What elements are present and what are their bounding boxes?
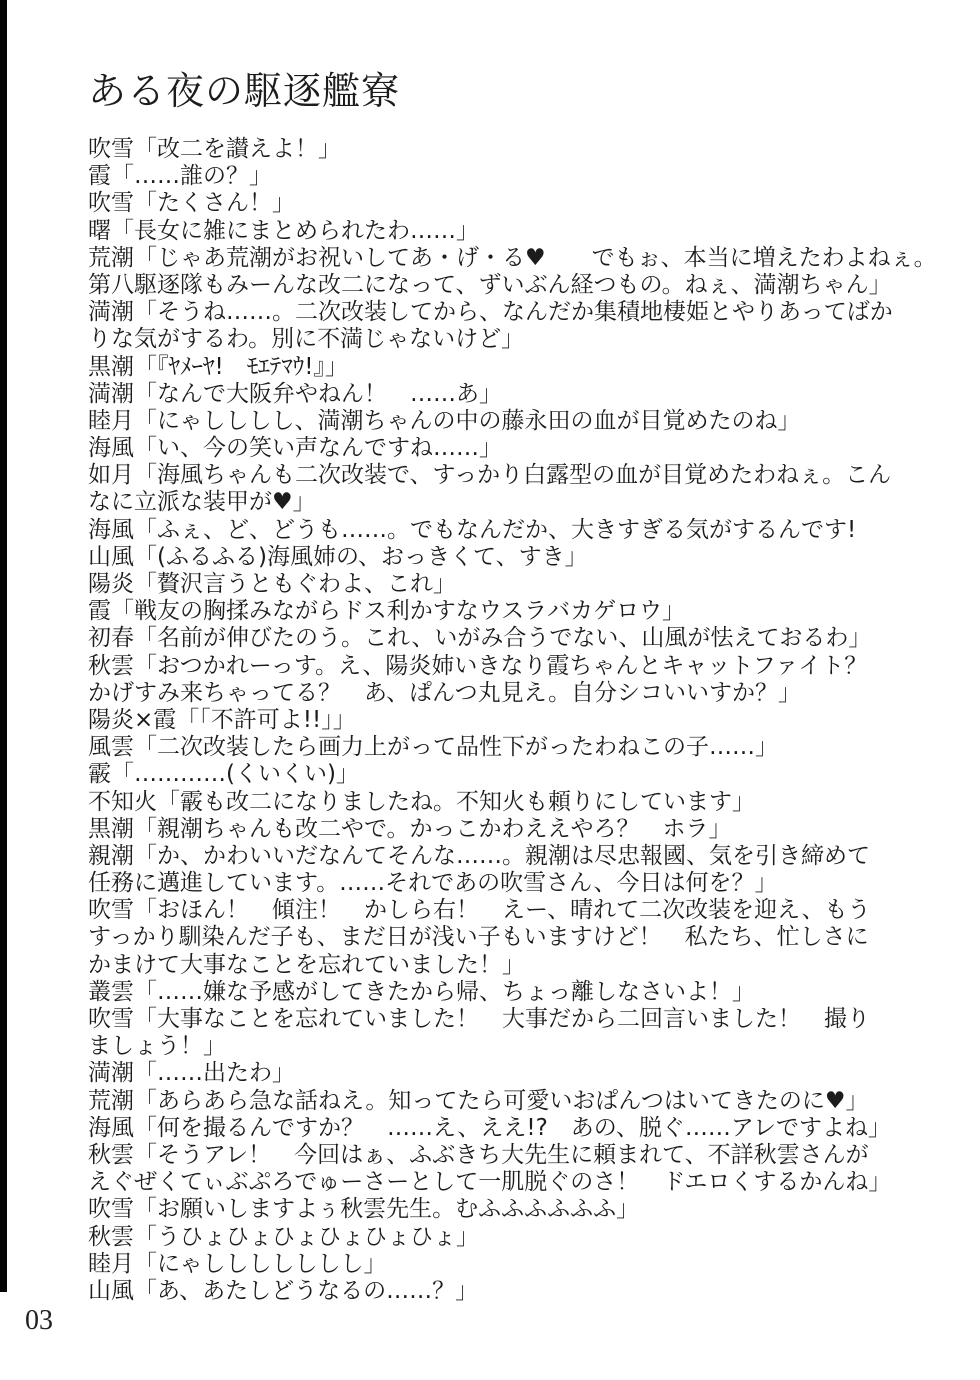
page-number: 03: [25, 1305, 53, 1337]
script-page: ある夜の駆逐艦寮 吹雪「改二を讃えよ！」霞「……誰の？」吹雪「たくさん！」曙「長…: [0, 0, 980, 1380]
dialogue-line: 吹雪「たくさん！」: [88, 190, 948, 217]
dialogue-line: 霞「……誰の？」: [88, 163, 948, 190]
dialogue-line: 秋雲「うひょひょひょひょひょひょ」: [88, 1224, 948, 1251]
dialogue-line: 不知火「霰も改二になりましたね。不知火も頼りにしています」: [88, 789, 948, 816]
dialogue-line: えぐぜくてぃぶぷろでゅーさーとして一肌脱ぐのさ！ ドエロくするかんね」: [88, 1169, 948, 1196]
dialogue-line: すっかり馴染んだ子も、まだ日が浅い子もいますけど！ 私たち、忙しさに: [88, 924, 948, 951]
dialogue-line: 陽炎「贅沢言うともぐわよ、これ」: [88, 571, 948, 598]
dialogue-line: 荒潮「あらあら急な話ねえ。知ってたら可愛いおぱんつはいてきたのに♥」: [88, 1088, 948, 1115]
dialogue-line: 吹雪「おほん！ 傾注！ かしら右！ えー、晴れて二次改装を迎え、もう: [88, 897, 948, 924]
dialogue-line: 霞「戦友の胸揉みながらドス利かすなウスラバカゲロウ」: [88, 598, 948, 625]
dialogue-line: 海風「ふぇ、ど、どうも……。でもなんだか、大きすぎる気がするんです!: [88, 517, 948, 544]
dialogue-line: かまけて大事なことを忘れていました！」: [88, 952, 948, 979]
scan-edge-artifact: [0, 0, 7, 1292]
dialogue-line: 海風「何を撮るんですか？ ……え、ええ!? あの、脱ぐ……アレですよね」: [88, 1115, 948, 1142]
dialogue-text: 吹雪「改二を讃えよ！」霞「……誰の？」吹雪「たくさん！」曙「長女に雑にまとめられ…: [88, 136, 948, 1305]
dialogue-line: 黒潮「親潮ちゃんも改二やで。かっこかわええやろ？ ホラ」: [88, 816, 948, 843]
dialogue-line: ましょう！」: [88, 1033, 948, 1060]
dialogue-line: 海風「い、今の笑い声なんですね……」: [88, 435, 948, 462]
dialogue-line: 任務に邁進しています。……それであの吹雪さん、今日は何を？」: [88, 870, 948, 897]
dialogue-line: 如月「海風ちゃんも二次改装で、すっかり白露型の血が目覚めたわねぇ。こん: [88, 462, 948, 489]
dialogue-line: 山風「(ふるふる)海風姉の、おっきくて、すき」: [88, 544, 948, 571]
dialogue-line: 秋雲「そうアレ！ 今回はぁ、ふぶきち大先生に頼まれて、不詳秋雲さんが: [88, 1142, 948, 1169]
dialogue-line: 吹雪「改二を讃えよ！」: [88, 136, 948, 163]
dialogue-line: 荒潮「じゃあ荒潮がお祝いしてあ・げ・る♥ でもぉ、本当に増えたわよねぇ。: [88, 245, 948, 272]
dialogue-line: 睦月「にゃしししし、満潮ちゃんの中の藤永田の血が目覚めたのね」: [88, 408, 948, 435]
dialogue-line: 初春「名前が伸びたのう。これ、いがみ合うでない、山風が怯えておるわ」: [88, 625, 948, 652]
dialogue-line: 吹雪「お願いしますよぅ秋雲先生。むふふふふふふ」: [88, 1196, 948, 1223]
dialogue-line: 霰「…………(くいくい)」: [88, 761, 948, 788]
dialogue-line: 満潮「そうね……。二次改装してから、なんだか集積地棲姫とやりあってばか: [88, 299, 948, 326]
dialogue-line: 満潮「……出たわ」: [88, 1060, 948, 1087]
dialogue-line: 叢雲「……嫌な予感がしてきたから帰、ちょっ離しなさいよ！」: [88, 979, 948, 1006]
dialogue-line: 黒潮「『ﾔﾒｰﾔ! ﾓｴﾃﾏｳ!』」: [88, 354, 948, 381]
dialogue-line: 吹雪「大事なことを忘れていました！ 大事だから二回言いました！ 撮り: [88, 1006, 948, 1033]
dialogue-line: 第八駆逐隊もみーんな改二になって、ずいぶん経つもの。ねぇ、満潮ちゃん」: [88, 272, 948, 299]
dialogue-line: なに立派な装甲が♥」: [88, 489, 948, 516]
dialogue-line: 山風「あ、あたしどうなるの……？」: [88, 1278, 948, 1305]
dialogue-line: 親潮「か、かわいいだなんてそんな……。親潮は尽忠報國、気を引き締めて: [88, 843, 948, 870]
dialogue-line: 睦月「にゃししししししし」: [88, 1251, 948, 1278]
dialogue-line: 秋雲「おつかれーっす。え、陽炎姉いきなり霞ちゃんとキャットファイト？: [88, 653, 948, 680]
page-title: ある夜の駆逐艦寮: [88, 60, 400, 115]
dialogue-line: りな気がするわ。別に不満じゃないけど」: [88, 326, 948, 353]
dialogue-line: 陽炎×霞「「不許可よ!!」」: [88, 707, 948, 734]
dialogue-line: 風雲「二次改装したら画力上がって品性下がったわねこの子……」: [88, 734, 948, 761]
dialogue-line: 満潮「なんで大阪弁やねん！ ……あ」: [88, 381, 948, 408]
dialogue-line: かげすみ来ちゃってる？ あ、ぱんつ丸見え。自分シコいいすか？」: [88, 680, 948, 707]
dialogue-line: 曙「長女に雑にまとめられたわ……」: [88, 218, 948, 245]
